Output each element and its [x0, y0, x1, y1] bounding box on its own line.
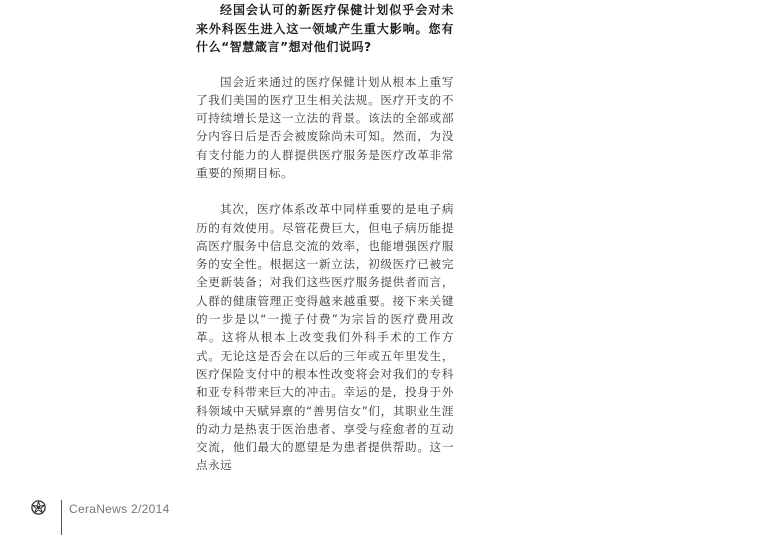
publication-label: CeraNews 2/2014 [69, 502, 170, 516]
body-paragraph-1: 国会近来通过的医疗保健计划从根本上重写了我们美国的医疗卫生相关法规。医疗开支的不… [196, 73, 454, 183]
footer-divider [61, 500, 62, 535]
intro-question: 经国会认可的新医疗保健计划似乎会对未来外科医生进入这一领域产生重大影响。您有什么… [196, 0, 454, 57]
article-column: 经国会认可的新医疗保健计划似乎会对未来外科医生进入这一领域产生重大影响。您有什么… [196, 0, 454, 475]
body-paragraph-2: 其次，医疗体系改革中同样重要的是电子病历的有效使用。尽管花费巨大，但电子病历能提… [196, 200, 454, 474]
ceramtec-logo-icon [31, 500, 46, 515]
